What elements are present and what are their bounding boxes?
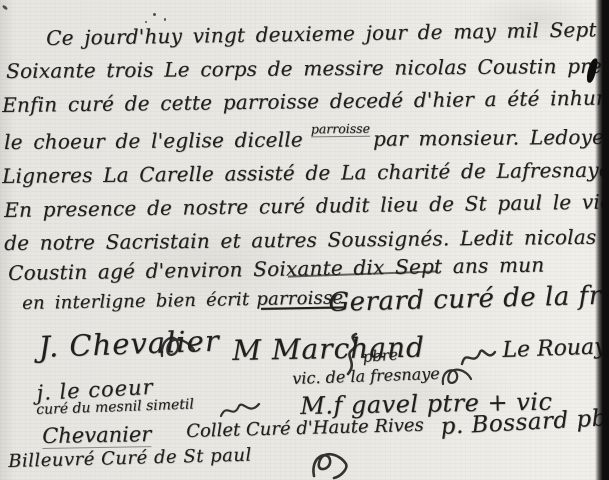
ink-speck: [145, 21, 147, 23]
signature-gerard: Gerard curé de la fres: [328, 280, 609, 318]
paraphe-flourish-icon: [336, 332, 366, 376]
interlined-word: parroisse: [311, 121, 370, 138]
manuscript-line-8: Coustin agé d'environ Soixante dix Sept …: [8, 253, 545, 285]
scan-edge-band: [595, 0, 609, 480]
manuscript-line-6: En presence de nostre curé dudit lieu de…: [4, 189, 609, 222]
manuscript-line-2: Soixante trois Le corps de messire nicol…: [6, 53, 609, 83]
ink-speck: [164, 18, 166, 21]
manuscript-line-7: de notre Sacristain et autres Soussignés…: [4, 225, 597, 255]
line4-text-before: le choeur de l'eglise dicelle: [4, 127, 303, 154]
signature-marchand-role: pbre: [362, 346, 398, 366]
ink-speck: [153, 13, 156, 16]
note-text: en interligne bien écrit: [22, 289, 250, 314]
paraphe-flourish-icon: [440, 362, 474, 392]
paraphe-flourish-icon: [156, 330, 198, 364]
manuscript-line-5: Ligneres La Carelle assisté de La charit…: [2, 158, 609, 188]
manuscript-line-3: Enfin curé de cette parroisse decedé d'h…: [2, 85, 609, 117]
signature-chevanier: Chevanier: [42, 422, 152, 449]
manuscript-line-1: Ce jourd'huy vingt deuxieme jour de may …: [46, 16, 609, 50]
manuscript-scan-page: Ce jourd'huy vingt deuxieme jour de may …: [0, 0, 609, 480]
paraphe-flourish-icon: [218, 398, 262, 424]
line4-text-after: par monsieur. Ledoyen de: [373, 124, 609, 150]
paraphe-flourish-icon: [306, 446, 352, 480]
ink-speck: [2, 4, 9, 10]
marginal-note-line: en interligne bien écritparroisse: [22, 287, 343, 314]
signature-lerouay: Le Rouay: [502, 334, 607, 363]
signature-vicaire-fresnaye: vic. de la fresnaye: [292, 364, 440, 388]
manuscript-line-4: le choeur de l'eglise dicelleparroissepa…: [4, 124, 609, 154]
